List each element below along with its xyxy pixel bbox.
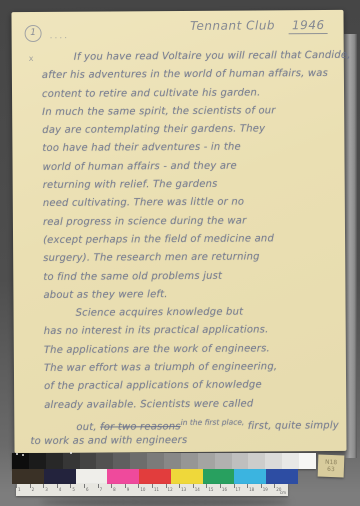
- ruler-number: 15: [208, 487, 213, 492]
- grayscale-step: [198, 453, 215, 469]
- grayscale-step: [282, 453, 299, 469]
- ruler-number: 5: [72, 487, 75, 492]
- grayscale-step: [12, 453, 29, 469]
- ruler-tick: 20: [274, 484, 288, 488]
- grayscale-step: [80, 453, 97, 469]
- ruler-tick: 16: [220, 484, 234, 488]
- grayscale-step: [46, 453, 63, 469]
- line-text: out,: [76, 422, 100, 433]
- archive-label-line2: 63: [318, 466, 344, 474]
- ruler-tick: 13: [179, 484, 193, 488]
- manuscript-line: too have had their adventures - in the: [42, 138, 340, 158]
- ruler-number: 9: [127, 487, 130, 492]
- margin-mark: x: [29, 54, 34, 63]
- ruler-number: 7: [100, 487, 103, 492]
- manuscript-line: The applications are the work of enginee…: [44, 340, 342, 360]
- ruler-tick: 5: [70, 484, 84, 488]
- grayscale-step: [29, 453, 46, 469]
- ruler-number: 13: [181, 487, 186, 492]
- manuscript-line: of the practical applications of knowled…: [44, 376, 342, 396]
- color-patch: [234, 469, 266, 484]
- ruler: cm 1234567891011121314151617181920: [16, 484, 288, 496]
- header-year: 1946: [289, 18, 328, 34]
- ruler-tick: 6: [84, 484, 98, 488]
- manuscript-line: In much the same spirit, the scientists …: [42, 102, 340, 122]
- ruler-tick: 7: [98, 484, 112, 488]
- manuscript-line: after his adventures in the world of hum…: [42, 65, 340, 85]
- ruler-number: 4: [59, 487, 62, 492]
- ruler-tick: 2: [30, 484, 44, 488]
- color-patch: [171, 469, 203, 484]
- ruler-tick: 14: [193, 484, 207, 488]
- page-number: 1: [25, 25, 42, 42]
- manuscript-line: about as they were left.: [43, 285, 341, 305]
- manuscript-line: need cultivating. There was little or no: [43, 193, 341, 213]
- grayscale-step: [299, 453, 316, 469]
- manuscript-line: world of human affairs - and they are: [42, 157, 340, 177]
- ruler-number: 12: [168, 487, 173, 492]
- manuscript-line: returning with relief. The gardens: [43, 175, 341, 195]
- color-patch: [107, 469, 139, 484]
- grayscale-step: [164, 453, 181, 469]
- manuscript-line: day are contemplating their gardens. The…: [42, 120, 340, 140]
- header-title: Tennant Club: [190, 18, 275, 33]
- ruler-number: 20: [276, 487, 281, 492]
- color-patch: [266, 469, 298, 484]
- grayscale-step: [63, 453, 80, 469]
- manuscript-line: Science acquires knowledge but: [44, 303, 342, 323]
- manuscript-line: to find the same old problems just: [43, 266, 341, 286]
- struck-text: for two reasons: [100, 421, 181, 433]
- grayscale-step: [130, 453, 147, 469]
- archive-label: N18 63: [318, 455, 345, 478]
- manuscript-line: already available. Scientists were calle…: [44, 395, 342, 415]
- inserted-text: in the first place,: [181, 417, 245, 426]
- manuscript-line: real progress in science during the war: [43, 212, 341, 232]
- manuscript-line: surgery). The research men are returning: [43, 248, 341, 268]
- grayscale-step: [113, 453, 130, 469]
- ruler-number: 14: [195, 487, 200, 492]
- manuscript-line: to work as and with engineers: [30, 431, 342, 451]
- dust-speck: [70, 452, 72, 454]
- grayscale-step: [96, 453, 113, 469]
- floor-shadow: [40, 497, 290, 506]
- dust-speck: [16, 453, 18, 455]
- grayscale-calibration-bar: [12, 453, 316, 469]
- color-patch: [203, 469, 235, 484]
- ruler-tick: 17: [234, 484, 248, 488]
- color-patch: [12, 469, 44, 484]
- ruler-tick: 15: [206, 484, 220, 488]
- manuscript-page: 1 ···· Tennant Club1946 x If you have re…: [11, 10, 346, 453]
- grayscale-step: [147, 453, 164, 469]
- grayscale-step: [232, 453, 249, 469]
- ruler-tick: 1: [16, 484, 30, 488]
- ruler-tick: 4: [57, 484, 71, 488]
- header: Tennant Club1946: [190, 18, 328, 33]
- manuscript-line: has no interest in its practical applica…: [44, 321, 342, 341]
- ruler-number: 16: [222, 487, 227, 492]
- manuscript-line: content to retire and cultivate his gard…: [42, 83, 340, 103]
- ruler-tick: 11: [152, 484, 166, 488]
- ruler-number: 1: [18, 487, 21, 492]
- ruler-tick: 18: [247, 484, 261, 488]
- grayscale-step: [248, 453, 265, 469]
- ruler-tick: 12: [166, 484, 180, 488]
- ruler-tick: 8: [111, 484, 125, 488]
- color-patch: [139, 469, 171, 484]
- manuscript-line: out, for two reasonsin the first place, …: [44, 413, 342, 433]
- grayscale-step: [215, 453, 232, 469]
- color-calibration-bar: [12, 469, 298, 484]
- ruler-tick: 10: [138, 484, 152, 488]
- ruler-number: 18: [249, 487, 254, 492]
- manuscript-line: (except perhaps in the field of medicine…: [43, 230, 341, 250]
- color-patch: [76, 469, 108, 484]
- ruler-number: 3: [45, 487, 48, 492]
- ruler-number: 2: [32, 487, 35, 492]
- ruler-tick: 19: [261, 484, 275, 488]
- ruler-tick: 9: [125, 484, 139, 488]
- ruler-number: 11: [154, 487, 159, 492]
- ruler-number: 8: [113, 487, 116, 492]
- page-marks: ····: [50, 34, 70, 44]
- dust-speck: [22, 454, 24, 456]
- photo-scene: 1 ···· Tennant Club1946 x If you have re…: [0, 0, 360, 506]
- ruler-number: 6: [86, 487, 89, 492]
- manuscript-lines: If you have read Voltaire you will recal…: [42, 47, 343, 452]
- manuscript-line: If you have read Voltaire you will recal…: [42, 47, 340, 67]
- grayscale-step: [181, 453, 198, 469]
- ruler-tick: 3: [43, 484, 57, 488]
- ruler-number: 17: [236, 487, 241, 492]
- color-patch: [44, 469, 76, 484]
- manuscript-line: The war effort was a triumph of engineer…: [44, 358, 342, 378]
- ruler-number: 19: [263, 487, 268, 492]
- ruler-number: 10: [140, 487, 145, 492]
- grayscale-step: [265, 453, 282, 469]
- line-text: first, quite simply: [244, 420, 339, 432]
